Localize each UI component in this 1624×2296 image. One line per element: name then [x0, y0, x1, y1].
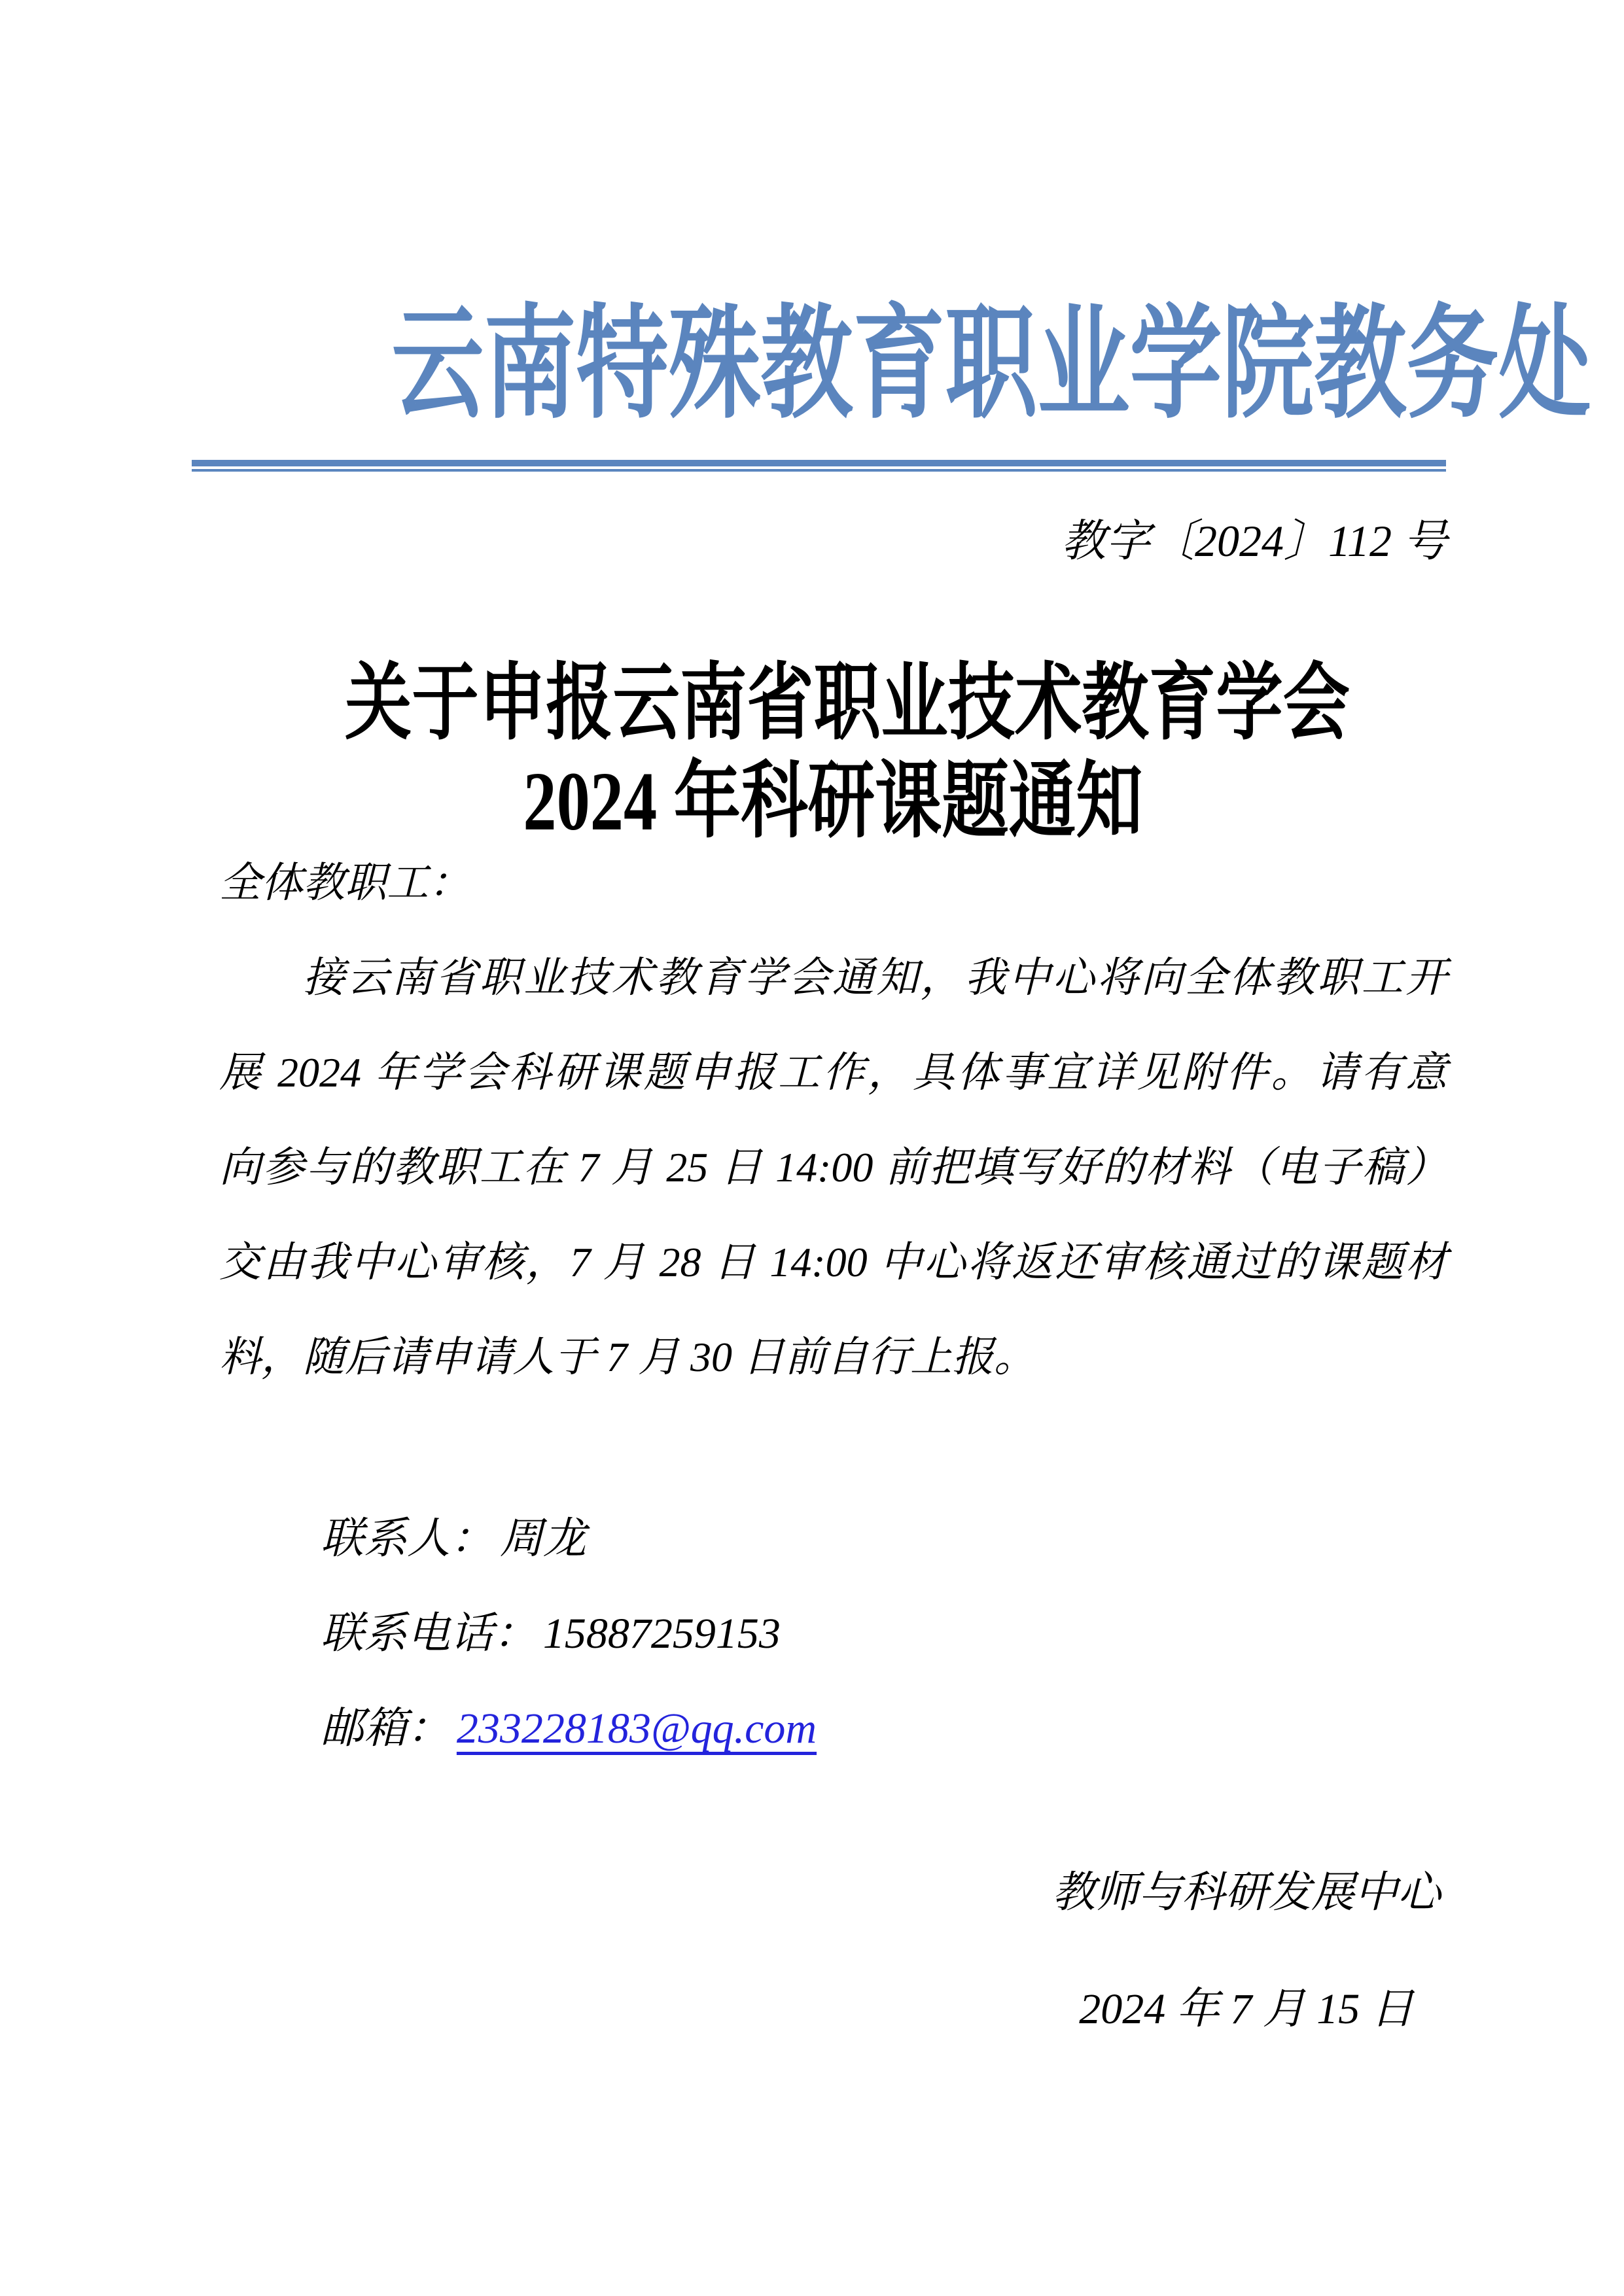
contact-block: 联系人：周龙 联系电话：15887259153 邮箱：233228183@qq.…: [219, 1491, 1447, 1776]
para-line-2: 展 2024 年学会科研课题申报工作，具体事宜详见附件。请有意: [219, 1025, 1447, 1120]
doc-title-line1: 关于申报云南省职业技术教育学会: [345, 654, 1350, 752]
letterhead-rule-thin: [192, 469, 1446, 472]
salutation: 全体教职工：: [219, 835, 1447, 930]
para-line-4: 交由我中心审核，7 月 28 日 14:00 中心将返还审核通过的课题材: [219, 1215, 1447, 1310]
org-title: 云南特殊教育职业学院教务处: [392, 290, 1591, 440]
letterhead-rule-thick: [192, 460, 1446, 466]
signature-date: 2024 年 7 月 15 日: [936, 1951, 1557, 2068]
contact-email-link[interactable]: 233228183@qq.com: [457, 1705, 817, 1752]
para-line-3: 向参与的教职工在 7 月 25 日 14:00 前把填写好的材料（电子稿）: [219, 1120, 1447, 1215]
para-line-5: 料，随后请申请人于 7 月 30 日前自行上报。: [219, 1310, 1447, 1404]
document-page: 云南特殊教育职业学院教务处 教字〔2024〕112 号 关于申报云南省职业技术教…: [0, 0, 1624, 2296]
contact-person-value: 周龙: [500, 1515, 586, 1563]
notice-body: 全体教职工： 接云南省职业技术教育学会通知，我中心将向全体教职工开 展 2024…: [219, 835, 1447, 1404]
doc-title: 关于申报云南省职业技术教育学会 2024 年科研课题通知: [219, 654, 1447, 850]
para-line-1: 接云南省职业技术教育学会通知，我中心将向全体教职工开: [219, 930, 1447, 1025]
contact-phone-label: 联系电话：: [321, 1610, 537, 1658]
contact-person-line: 联系人：周龙: [219, 1491, 1447, 1586]
letterhead: 云南特殊教育职业学院教务处: [192, 290, 1446, 440]
signature-block: 教师与科研发展中心 2024 年 7 月 15 日: [936, 1835, 1557, 2068]
contact-person-label: 联系人：: [321, 1515, 493, 1563]
contact-email-label: 邮箱：: [321, 1705, 450, 1752]
doc-number: 教字〔2024〕112 号: [219, 505, 1447, 577]
signature-org: 教师与科研发展中心: [936, 1835, 1557, 1951]
contact-email-line: 邮箱：233228183@qq.com: [219, 1681, 1447, 1776]
contact-phone-line: 联系电话：15887259153: [219, 1586, 1447, 1681]
contact-phone-value: 15887259153: [543, 1610, 781, 1658]
